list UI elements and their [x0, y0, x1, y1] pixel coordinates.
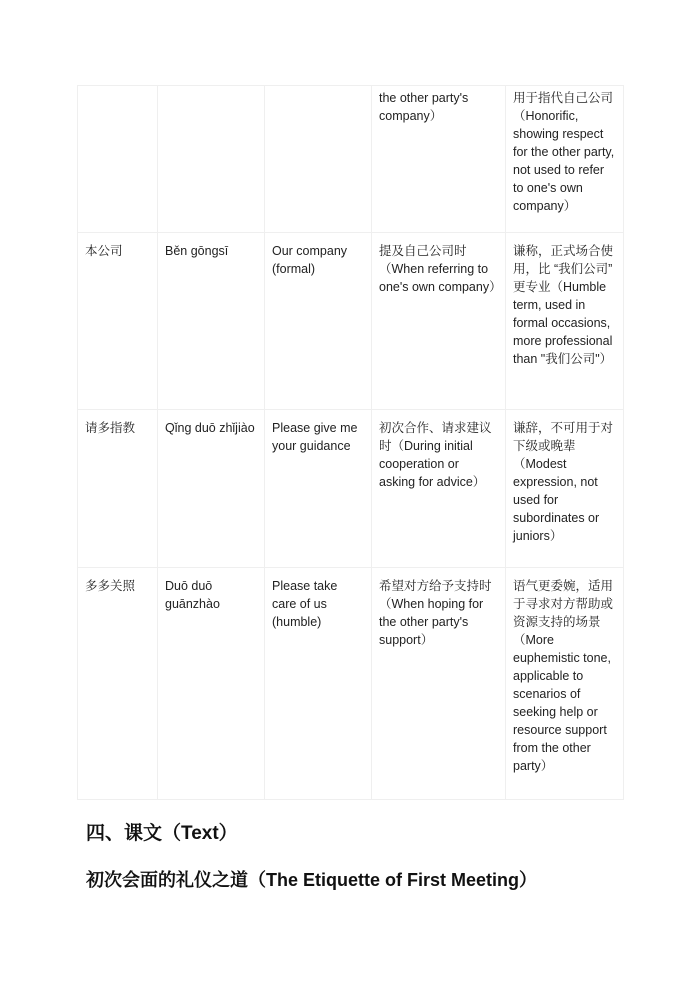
vocabulary-table: the other party's company） 用于指代自己公司（Hono… — [77, 85, 624, 800]
cell-note: 用于指代自己公司（Honorific, showing respect for … — [506, 86, 624, 233]
cell-pinyin: Duō duō guānzhào — [158, 568, 265, 800]
section-heading: 四、课文（Text） — [86, 818, 238, 845]
cell-note: 语气更委婉，适用于寻求对方帮助或资源支持的场景（More euphemistic… — [506, 568, 624, 800]
cell-usage: 提及自己公司时（When referring to one's own comp… — [372, 233, 506, 410]
cell-meaning: Please take care of us (humble) — [265, 568, 372, 800]
cell-note: 谦称，正式场合使用，比 “我们公司” 更专业（Humble term, used… — [506, 233, 624, 410]
cell-note: 谦辞，不可用于对下级或晚辈（Modest expression, not use… — [506, 410, 624, 568]
cell-meaning: Please give me your guidance — [265, 410, 372, 568]
table-row: the other party's company） 用于指代自己公司（Hono… — [78, 86, 624, 233]
table-row: 多多关照 Duō duō guānzhào Please take care o… — [78, 568, 624, 800]
table-row: 请多指教 Qǐng duō zhǐjiào Please give me you… — [78, 410, 624, 568]
cell-meaning: Our company (formal) — [265, 233, 372, 410]
cell-term: 本公司 — [78, 233, 158, 410]
cell-usage: 希望对方给予支持时（When hoping for the other part… — [372, 568, 506, 800]
cell-usage: the other party's company） — [372, 86, 506, 233]
table-row: 本公司 Běn gōngsī Our company (formal) 提及自己… — [78, 233, 624, 410]
cell-pinyin — [158, 86, 265, 233]
cell-meaning — [265, 86, 372, 233]
cell-pinyin: Qǐng duō zhǐjiào — [158, 410, 265, 568]
cell-term: 多多关照 — [78, 568, 158, 800]
cell-usage: 初次合作、请求建议时（During initial cooperation or… — [372, 410, 506, 568]
lesson-title: 初次会面的礼仪之道（The Etiquette of First Meeting… — [86, 866, 537, 892]
cell-term — [78, 86, 158, 233]
cell-term: 请多指教 — [78, 410, 158, 568]
document-page: the other party's company） 用于指代自己公司（Hono… — [0, 0, 700, 990]
cell-pinyin: Běn gōngsī — [158, 233, 265, 410]
